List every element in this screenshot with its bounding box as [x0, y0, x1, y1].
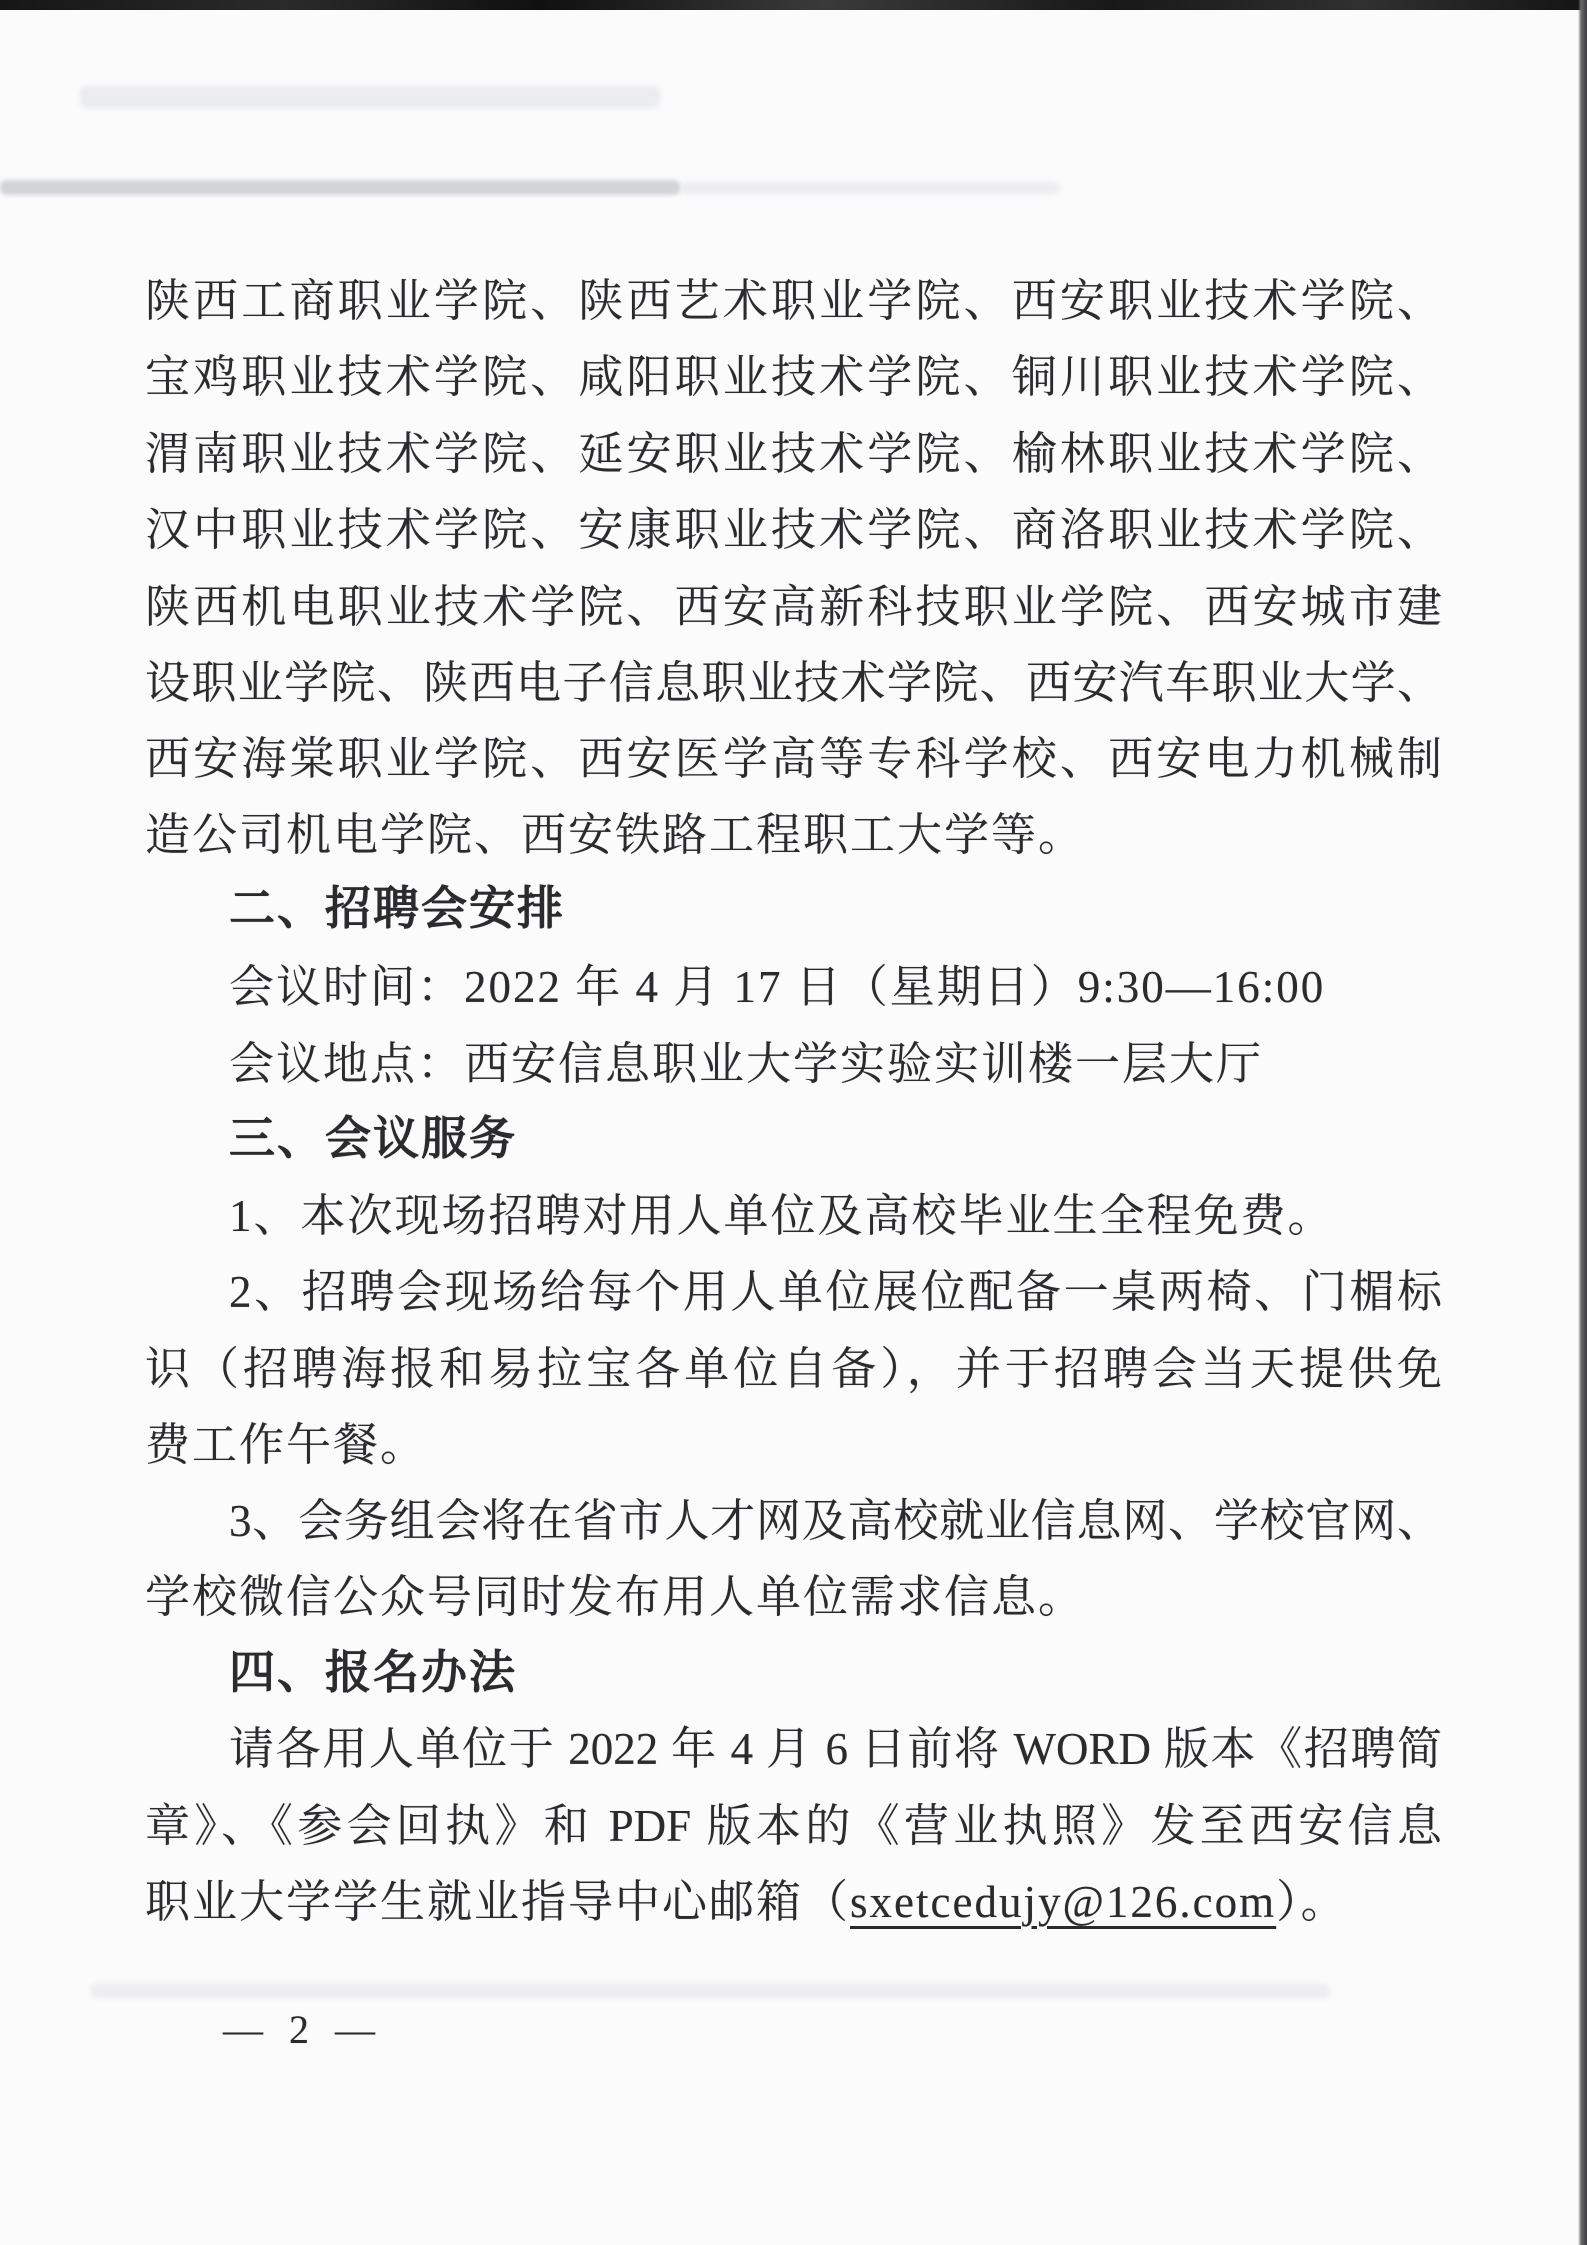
email-prefix: 职业大学学生就业指导中心邮箱（ [145, 1877, 850, 1927]
email-text: sxetcedujy@126.com [850, 1877, 1276, 1927]
section-heading-4: 四、报名办法 [145, 1644, 517, 1702]
doc-line: 汉中职业技术学院、安康职业技术学院、商洛职业技术学院、 [145, 501, 1442, 559]
page-number: — 2 — [223, 2006, 383, 2053]
doc-line: 2、招聘会现场给每个用人单位展位配备一桌两椅、门楣标 [145, 1263, 1442, 1321]
scan-smudge [80, 86, 660, 108]
doc-line: 宝鸡职业技术学院、咸阳职业技术学院、铜川职业技术学院、 [145, 348, 1442, 406]
section-heading-2: 二、招聘会安排 [145, 880, 565, 938]
meeting-location-line: 会议地点：西安信息职业大学实验实训楼一层大厅 [145, 1035, 1263, 1093]
doc-line: 西安海棠职业学院、西安医学高等专科学校、西安电力机械制 [145, 730, 1442, 788]
doc-line: 设职业学院、陕西电子信息职业技术学院、西安汽车职业大学、 [145, 654, 1442, 712]
doc-line: 学校微信公众号同时发布用人单位需求信息。 [145, 1568, 1085, 1626]
scanned-document-page: 陕西工商职业学院、陕西艺术职业学院、西安职业技术学院、 宝鸡职业技术学院、咸阳职… [0, 0, 1587, 2245]
email-suffix: ）。 [1276, 1877, 1348, 1927]
scan-smudge [90, 1984, 1330, 1998]
scan-smudge [680, 182, 1060, 194]
doc-line: 费工作午餐。 [145, 1416, 427, 1474]
scan-edge-artifact-right [1578, 0, 1587, 2245]
doc-line-email: 职业大学学生就业指导中心邮箱（sxetcedujy@126.com）。 [145, 1873, 1348, 1931]
section-heading-3: 三、会议服务 [145, 1110, 517, 1168]
doc-line: 章》、《参会回执》和 PDF 版本的《营业执照》发至西安信息 [145, 1797, 1442, 1855]
doc-line: 陕西机电职业技术学院、西安高新科技职业学院、西安城市建 [145, 578, 1442, 636]
doc-line: 请各用人单位于 2022 年 4 月 6 日前将 WORD 版本《招聘简 [145, 1720, 1442, 1778]
scan-smudge [0, 180, 680, 195]
scan-edge-artifact-top [0, 0, 1587, 10]
doc-line: 识（招聘海报和易拉宝各单位自备），并于招聘会当天提供免 [145, 1340, 1442, 1398]
doc-line: 陕西工商职业学院、陕西艺术职业学院、西安职业技术学院、 [145, 272, 1442, 330]
meeting-time-line: 会议时间：2022 年 4 月 17 日（星期日）9:30—16:00 [145, 958, 1325, 1016]
doc-line: 3、会务组会将在省市人才网及高校就业信息网、学校官网、 [145, 1492, 1442, 1550]
doc-line: 造公司机电学院、西安铁路工程职工大学等。 [145, 806, 1085, 864]
doc-line: 渭南职业技术学院、延安职业技术学院、榆林职业技术学院、 [145, 425, 1442, 483]
doc-line: 1、本次现场招聘对用人单位及高校毕业生全程免费。 [145, 1187, 1335, 1245]
